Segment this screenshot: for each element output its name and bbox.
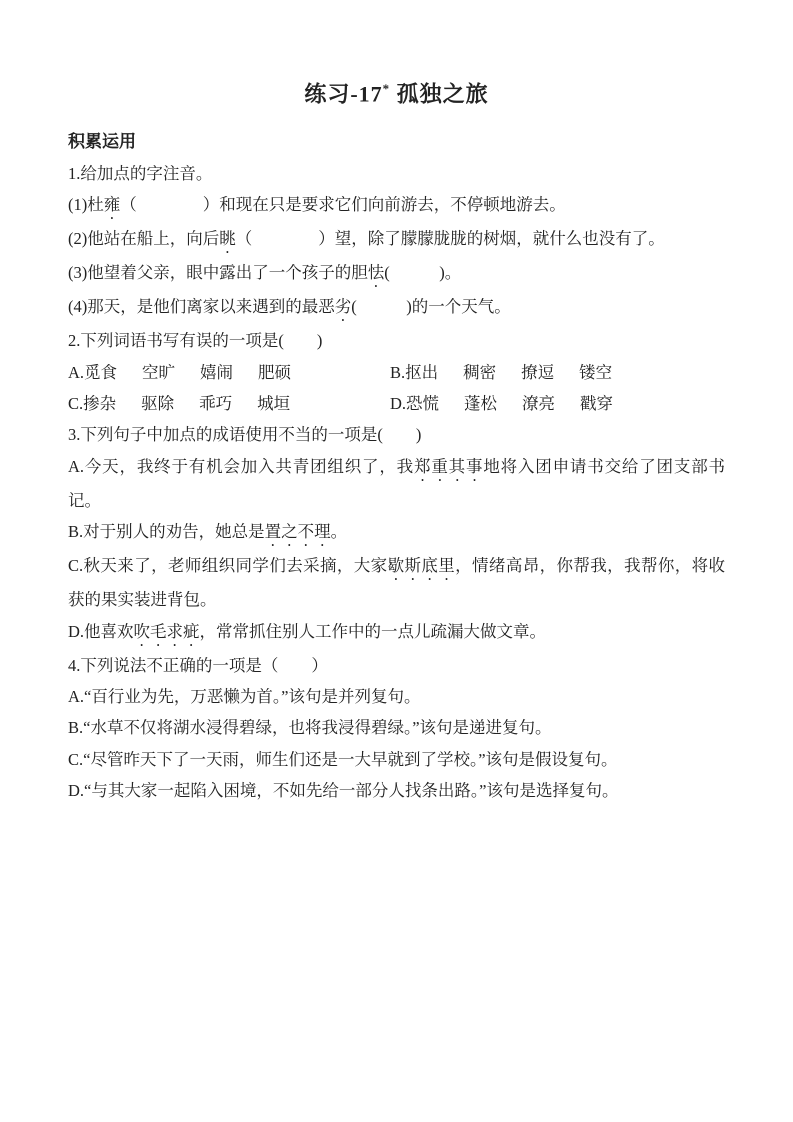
q2-word: 稠密	[463, 363, 496, 382]
q3-option-b-pre: B.对于别人的劝告，她总是	[68, 522, 265, 541]
q3-option-b-idiom: 置之不理	[265, 522, 331, 541]
q2-word: 抠出	[405, 363, 438, 382]
q3-option-c: C.秋天来了，老师组织同学们去采摘，大家歇斯底里，情绪高昂，你帮我，我帮你，将收…	[68, 550, 725, 615]
q4-option-b: B.“水草不仅将湖水浸得碧绿，也将我浸得碧绿。”该句是递进复句。	[68, 712, 725, 743]
q2-word: 城垣	[257, 394, 290, 413]
q4-option-a: A.“百行业为先，万恶懒为首。”该句是并列复句。	[68, 681, 725, 712]
q3-option-d-idiom: 吹毛求疵	[134, 622, 200, 641]
q1-item-2: (2)他站在船上，向后眺（ ）望，除了朦朦胧胧的树烟，就什么也没有了。	[68, 223, 725, 257]
q2-stem: 2.下列词语书写有误的一项是( )	[68, 325, 725, 356]
q1-item-2-emphasized-char: 眺	[219, 229, 236, 248]
q3-option-a-idiom: 郑重其事	[414, 457, 483, 476]
q3-option-b: B.对于别人的劝告，她总是置之不理。	[68, 516, 725, 550]
q1-item-4: (4)那天，是他们离家以来遇到的最恶劣( )的一个天气。	[68, 291, 725, 325]
q2-word: 镂空	[579, 363, 612, 382]
q2-word: 撩逗	[521, 363, 554, 382]
q2-row-ab: A.觅食空旷嬉闹肥硕 B.抠出稠密撩逗镂空	[68, 357, 725, 388]
q2-option-a: A.觅食空旷嬉闹肥硕	[68, 357, 390, 388]
q3-option-d: D.他喜欢吹毛求疵，常常抓住别人工作中的一点儿疏漏大做文章。	[68, 616, 725, 650]
q2-option-d: D.恐慌蓬松潦亮戳穿	[390, 388, 613, 419]
q2-word: 驱除	[141, 394, 174, 413]
q1-item-4-pre: (4)那天，是他们离家以来遇到的最恶	[68, 297, 335, 316]
q1-item-4-post: ( )的一个天气。	[351, 297, 511, 316]
q1-stem: 1.给加点的字注音。	[68, 158, 725, 189]
q2-word: 乖巧	[199, 394, 232, 413]
q3-stem: 3.下列句子中加点的成语使用不当的一项是( )	[68, 419, 725, 450]
q4-stem: 4.下列说法不正确的一项是（ ）	[68, 650, 725, 681]
q3-option-c-idiom: 歇斯底里	[388, 556, 456, 575]
q2-option-b-label: B.	[390, 363, 405, 382]
q1-item-3-emphasized-char: 怯	[368, 263, 385, 282]
q2-word: 蓬松	[464, 394, 497, 413]
q3-option-d-pre: D.他喜欢	[68, 622, 134, 641]
q2-word: 空旷	[142, 363, 175, 382]
q2-option-a-label: A.	[68, 363, 84, 382]
q2-word: 潦亮	[522, 394, 555, 413]
q1-item-2-pre: (2)他站在船上，向后	[68, 229, 219, 248]
q4-option-d: D.“与其大家一起陷入困境，不如先给一部分人找条出路。”该句是选择复句。	[68, 775, 725, 806]
q1-item-2-post: （ ）望，除了朦朦胧胧的树烟，就什么也没有了。	[236, 229, 665, 248]
q3-option-a: A.今天，我终于有机会加入共青团组织了，我郑重其事地将入团申请书交给了团支部书记…	[68, 451, 725, 516]
q2-word: 肥硕	[258, 363, 291, 382]
title-prefix: 练习-17	[304, 81, 382, 106]
q1-item-1-post: （ ）和现在只是要求它们向前游去，不停顿地游去。	[120, 195, 566, 214]
q2-word: 掺杂	[83, 394, 116, 413]
q1-item-4-emphasized-char: 劣	[335, 297, 352, 316]
q2-option-c-label: C.	[68, 394, 83, 413]
q3-option-b-post: 。	[331, 522, 348, 541]
q1-item-1-emphasized-char: 雍	[104, 195, 121, 214]
q2-word: 觅食	[84, 363, 117, 382]
q2-row-cd: C.掺杂驱除乖巧城垣 D.恐慌蓬松潦亮戳穿	[68, 388, 725, 419]
q1-item-1-pre: (1)杜	[68, 195, 104, 214]
q2-word: 嬉闹	[200, 363, 233, 382]
q4-option-c: C.“尽管昨天下了一天雨，师生们还是一大早就到了学校。”该句是假设复句。	[68, 744, 725, 775]
q1-item-3-post: ( )。	[384, 263, 461, 282]
q3-option-a-pre: A.今天，我终于有机会加入共青团组织了，我	[68, 457, 414, 476]
q1-item-3: (3)他望着父亲，眼中露出了一个孩子的胆怯( )。	[68, 257, 725, 291]
page-title: 练习-17* 孤独之旅	[68, 74, 725, 109]
title-suffix: 孤独之旅	[390, 81, 489, 106]
q2-word: 戳穿	[580, 394, 613, 413]
q1-item-1: (1)杜雍（ ）和现在只是要求它们向前游去，不停顿地游去。	[68, 189, 725, 223]
q3-option-d-post: ，常常抓住别人工作中的一点儿疏漏大做文章。	[200, 622, 547, 641]
q3-option-c-pre: C.秋天来了，老师组织同学们去采摘，大家	[68, 556, 388, 575]
q2-option-b: B.抠出稠密撩逗镂空	[390, 357, 612, 388]
q1-item-3-pre: (3)他望着父亲，眼中露出了一个孩子的胆	[68, 263, 368, 282]
section-heading: 积累运用	[68, 126, 725, 157]
q2-option-c: C.掺杂驱除乖巧城垣	[68, 388, 390, 419]
q2-word: 恐慌	[406, 394, 439, 413]
worksheet-page: 练习-17* 孤独之旅 积累运用 1.给加点的字注音。 (1)杜雍（ ）和现在只…	[0, 0, 793, 1122]
q2-option-d-label: D.	[390, 394, 406, 413]
